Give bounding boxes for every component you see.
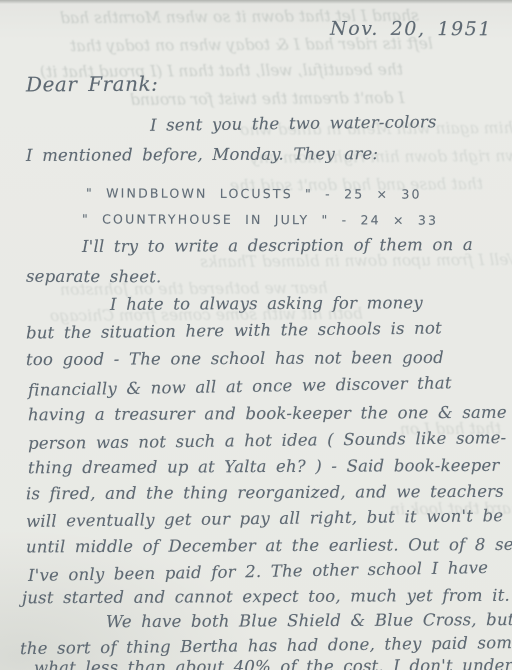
letter-line: will eventually get our pay all right, b… — [26, 506, 504, 531]
letter-line: separate sheet. — [26, 267, 162, 286]
letter-line: until middle of December at the earliest… — [26, 535, 512, 557]
letter-line: but the situation here with the schools … — [26, 318, 442, 342]
letter-line: I mentioned before, Monday. They are: — [26, 144, 378, 165]
letter-page: shand I let that down it so when Mornths… — [0, 0, 512, 670]
letter-line: I've only been paid for 2. The other sch… — [28, 558, 488, 585]
salutation: Dear Frank: — [26, 72, 158, 97]
letter-line: too good - The one school has not been g… — [26, 348, 444, 369]
letter-line: the sort of thing Bertha has had done, t… — [20, 633, 512, 658]
letter-line: I'll try to write a description of them … — [82, 235, 473, 256]
letter-line: just started and cannot expect too, much… — [22, 586, 510, 608]
letter-date: Nov. 20, 1951 — [330, 18, 492, 41]
painting-title-windblown-locusts: " WINDBLOWN LOCUSTS " - 25 × 30 — [86, 185, 422, 201]
letter-line: I sent you the two water-colors — [150, 112, 437, 134]
letter-line: financially & now all at once we discove… — [28, 373, 452, 399]
letter-line: I hate to always asking for money — [110, 293, 423, 314]
letter-line: person was not such a hot idea ( Sounds … — [28, 428, 507, 453]
letter-line: We have both Blue Shield & Blue Cross, b… — [106, 610, 512, 631]
painting-title-countryhouse-in-july: " COUNTRYHOUSE IN JULY " - 24 × 33 — [82, 211, 438, 227]
bleedthrough-text: I don't dreamt the twist for around — [130, 89, 405, 109]
letter-line: what less than about 40% of the cost. I … — [34, 656, 512, 670]
letter-line: thing dreamed up at Yalta eh? ) - Said b… — [28, 456, 500, 477]
letter-line: is fired, and the thing reorganized, and… — [26, 482, 504, 504]
letter-line: having a treasurer and book-keeper the o… — [28, 403, 507, 425]
